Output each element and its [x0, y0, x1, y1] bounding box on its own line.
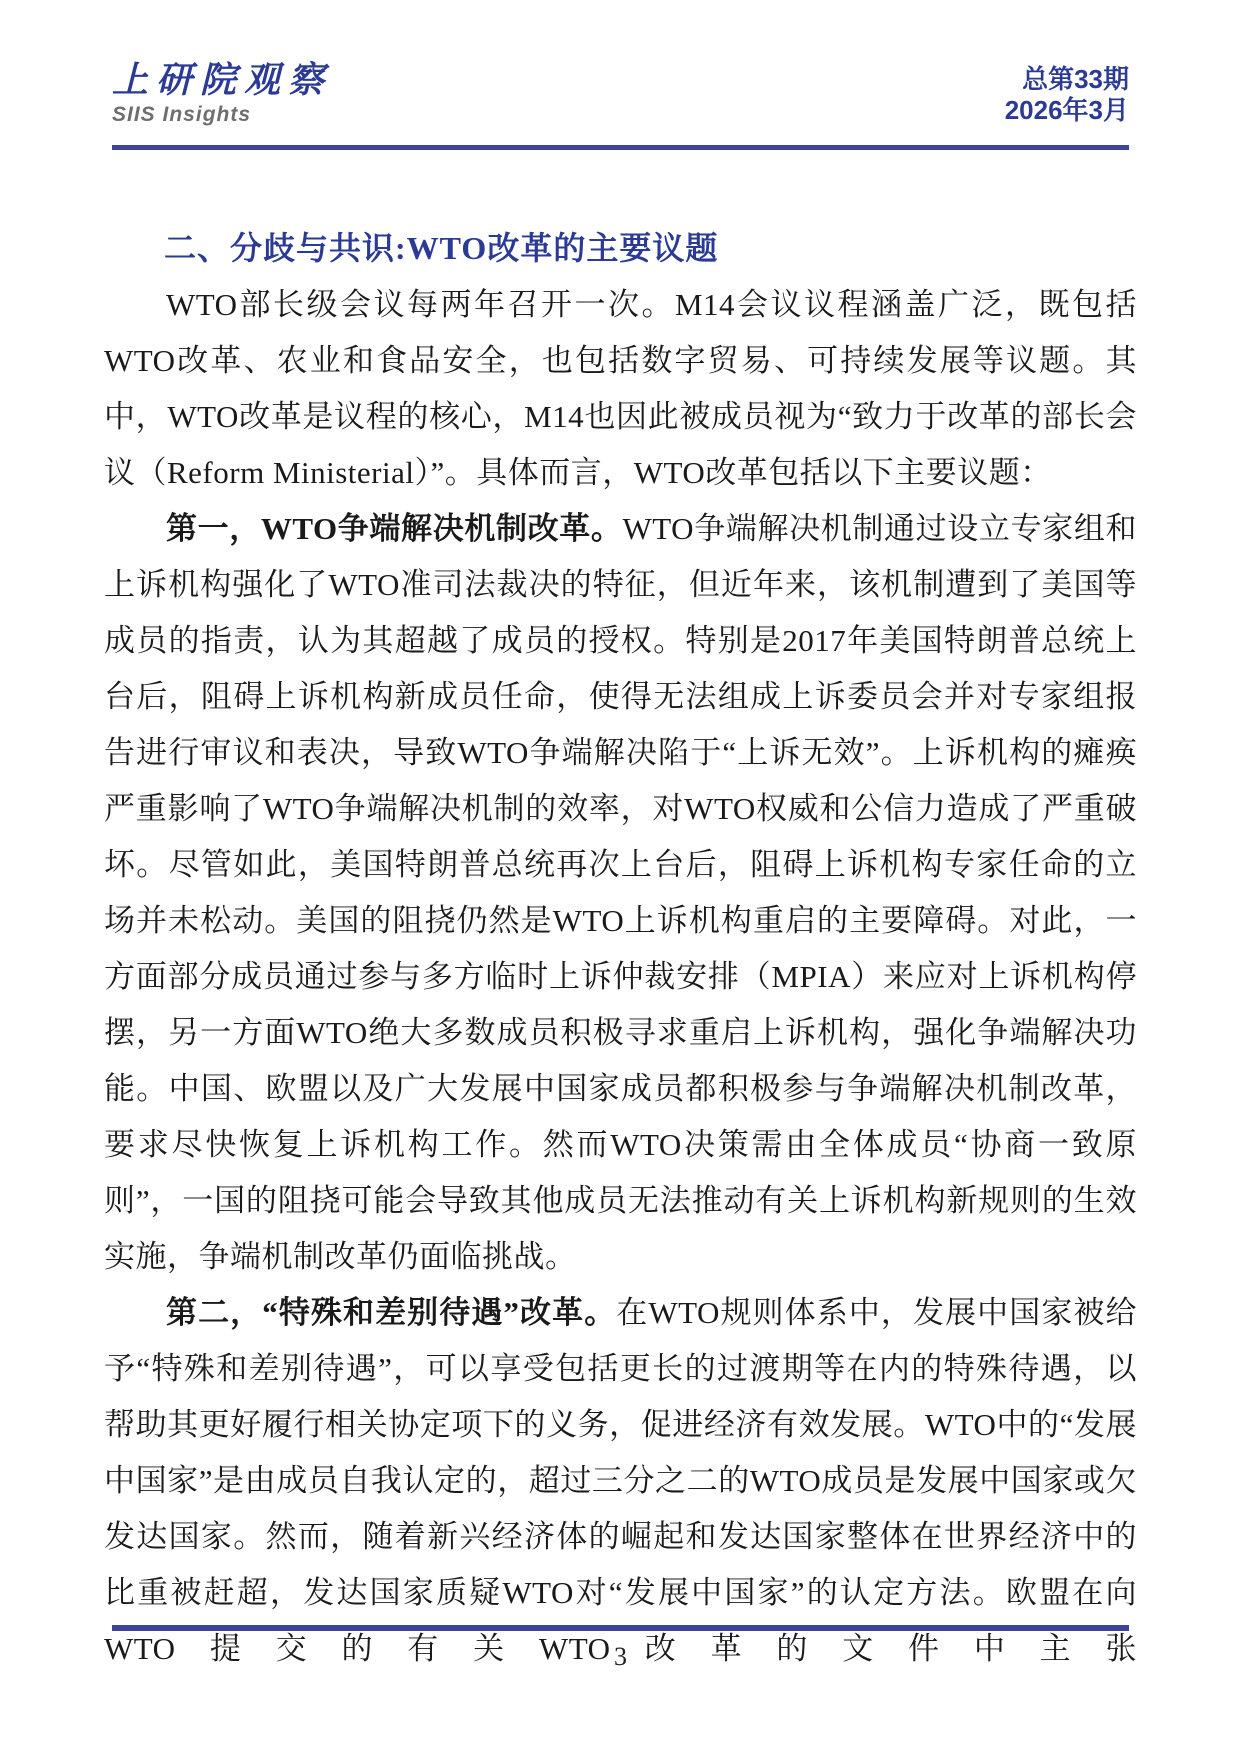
issue-info: 总第33期 2026年3月 — [1005, 64, 1129, 126]
footer-rule — [112, 1625, 1129, 1631]
paragraph-special-treatment: 第二，“特殊和差别待遇”改革。在WTO规则体系中，发展中国家被给予“特殊和差别待… — [104, 1285, 1137, 1677]
paragraph-lead: 第一，WTO争端解决机制改革。 — [166, 511, 623, 546]
document-page: 上研院观察 SIIS Insights 总第33期 2026年3月 二、分歧与共… — [0, 0, 1241, 1754]
paragraph-text: 在WTO规则体系中，发展中国家被给予“特殊和差别待遇”，可以享受包括更长的过渡期… — [104, 1295, 1137, 1666]
issue-number: 总第33期 — [1005, 64, 1129, 95]
paragraph-text: WTO争端解决机制通过设立专家组和上诉机构强化了WTO准司法裁决的特征，但近年来… — [104, 511, 1137, 1274]
paragraph-dispute-settlement: 第一，WTO争端解决机制改革。WTO争端解决机制通过设立专家组和上诉机构强化了W… — [104, 501, 1137, 1285]
page-header: 上研院观察 SIIS Insights 总第33期 2026年3月 — [112, 60, 1129, 127]
paragraph-lead: 第二，“特殊和差别待遇”改革。 — [166, 1295, 616, 1330]
paragraph-intro: WTO部长级会议每两年召开一次。M14会议议程涵盖广泛，既包括WTO改革、农业和… — [104, 277, 1137, 501]
page-number: 3 — [0, 1641, 1241, 1673]
page-content: 二、分歧与共识:WTO改革的主要议题 WTO部长级会议每两年召开一次。M14会议… — [104, 226, 1137, 1677]
issue-date: 2026年3月 — [1005, 95, 1129, 126]
journal-logo-chinese: 上研院观察 — [112, 60, 332, 100]
header-rule — [112, 145, 1129, 150]
section-heading: 二、分歧与共识:WTO改革的主要议题 — [104, 226, 1137, 270]
paragraph-text: WTO部长级会议每两年召开一次。M14会议议程涵盖广泛，既包括WTO改革、农业和… — [104, 287, 1137, 490]
journal-logo: 上研院观察 SIIS Insights — [112, 60, 332, 127]
journal-logo-english: SIIS Insights — [112, 103, 332, 127]
